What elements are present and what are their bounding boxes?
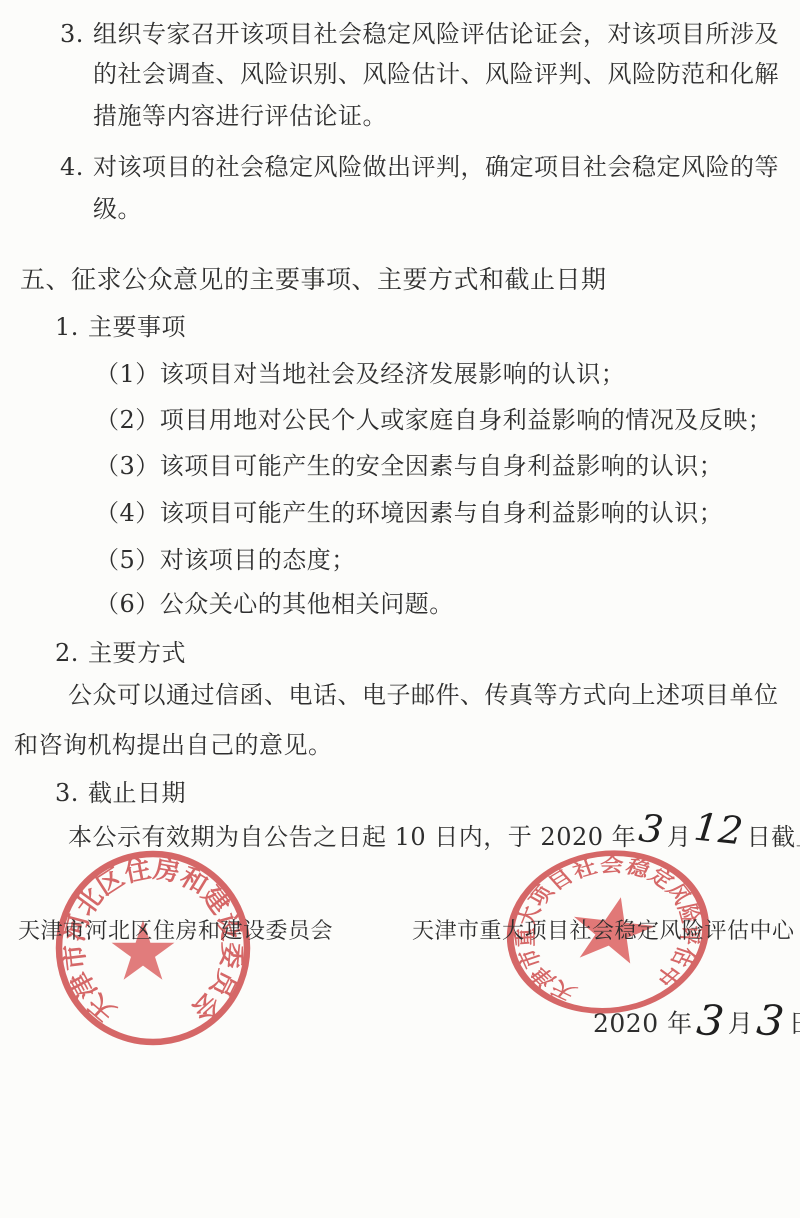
deadline-line: 本公示有效期为自公告之日起 10 日内，于 2020 年3月12日截止。 <box>68 821 800 853</box>
deadline-suffix: 日截止。 <box>747 823 800 851</box>
sub-item-2: （2）项目用地对公民个人或家庭自身利益影响的情况及反映； <box>95 404 772 436</box>
scanned-notice-page: 天津市河北区住房和建设委员会 天津市重大项目社会稳定风险评估中心 3.组织专家召… <box>0 0 800 1218</box>
subsection-number: 1. <box>55 311 88 343</box>
date-month-unit: 月 <box>728 1009 754 1038</box>
month-unit: 月 <box>667 823 692 851</box>
list-item-3-line-1: 3.组织专家召开该项目社会稳定风险评估论证会，对该项目所涉及 <box>60 18 779 50</box>
paragraph-line-2: 和咨询机构提出自己的意见。 <box>14 729 333 761</box>
handwritten-month: 3 <box>697 1020 724 1023</box>
list-item-3-line-2: 的社会调查、风险识别、风险估计、风险评判、风险防范和化解 <box>93 58 779 90</box>
left-organization-name: 天津市河北区住房和建设委员会 <box>18 916 333 948</box>
handwritten-day: 3 <box>757 1020 784 1023</box>
signature-date: 2020 年3月3日 <box>593 1008 800 1040</box>
item-number: 4. <box>60 151 93 183</box>
subsection-number: 3. <box>55 777 88 809</box>
deadline-text: 本公示有效期为自公告之日起 10 日内，于 2020 年 <box>68 823 636 851</box>
item-number: 3. <box>60 18 93 50</box>
subsection-label: 主要事项 <box>88 313 186 341</box>
subsection-number: 2. <box>55 637 88 669</box>
paragraph-line-1: 公众可以通过信函、电话、电子邮件、传真等方式向上述项目单位 <box>68 679 779 711</box>
subsection-2-title: 2.主要方式 <box>55 637 186 669</box>
sub-item-5: （5）对该项目的态度； <box>95 544 356 576</box>
right-organization-name: 天津市重大项目社会稳定风险评估中心 <box>412 916 795 948</box>
subsection-label: 截止日期 <box>88 779 186 807</box>
subsection-3-title: 3.截止日期 <box>55 777 186 809</box>
sub-item-3: （3）该项目可能产生的安全因素与自身利益影响的认识； <box>95 450 723 482</box>
subsection-label: 主要方式 <box>88 639 186 667</box>
subsection-1-title: 1.主要事项 <box>55 311 186 343</box>
handwritten-month: 3 <box>639 828 664 831</box>
sub-item-4: （4）该项目可能产生的环境因素与自身利益影响的认识； <box>95 497 723 529</box>
list-item-4-line-1: 4.对该项目的社会稳定风险做出评判，确定项目社会稳定风险的等 <box>60 151 779 183</box>
date-day-unit: 日 <box>789 1009 800 1038</box>
item-text: 对该项目的社会稳定风险做出评判，确定项目社会稳定风险的等 <box>93 153 779 181</box>
sub-item-6: （6）公众关心的其他相关问题。 <box>95 588 454 620</box>
official-seal-left: 天津市河北区住房和建设委员会 <box>53 848 253 1048</box>
sub-item-1: （1）该项目对当地社会及经济发展影响的认识； <box>95 358 625 390</box>
section-heading: 五、征求公众意见的主要事项、主要方式和截止日期 <box>20 264 607 296</box>
list-item-4-line-2: 级。 <box>93 193 142 225</box>
list-item-3-line-3: 措施等内容进行评估论证。 <box>93 100 387 132</box>
handwritten-day: 12 <box>694 826 743 831</box>
date-year: 2020 年 <box>593 1009 693 1038</box>
item-text: 组织专家召开该项目社会稳定风险评估论证会，对该项目所涉及 <box>93 20 779 48</box>
